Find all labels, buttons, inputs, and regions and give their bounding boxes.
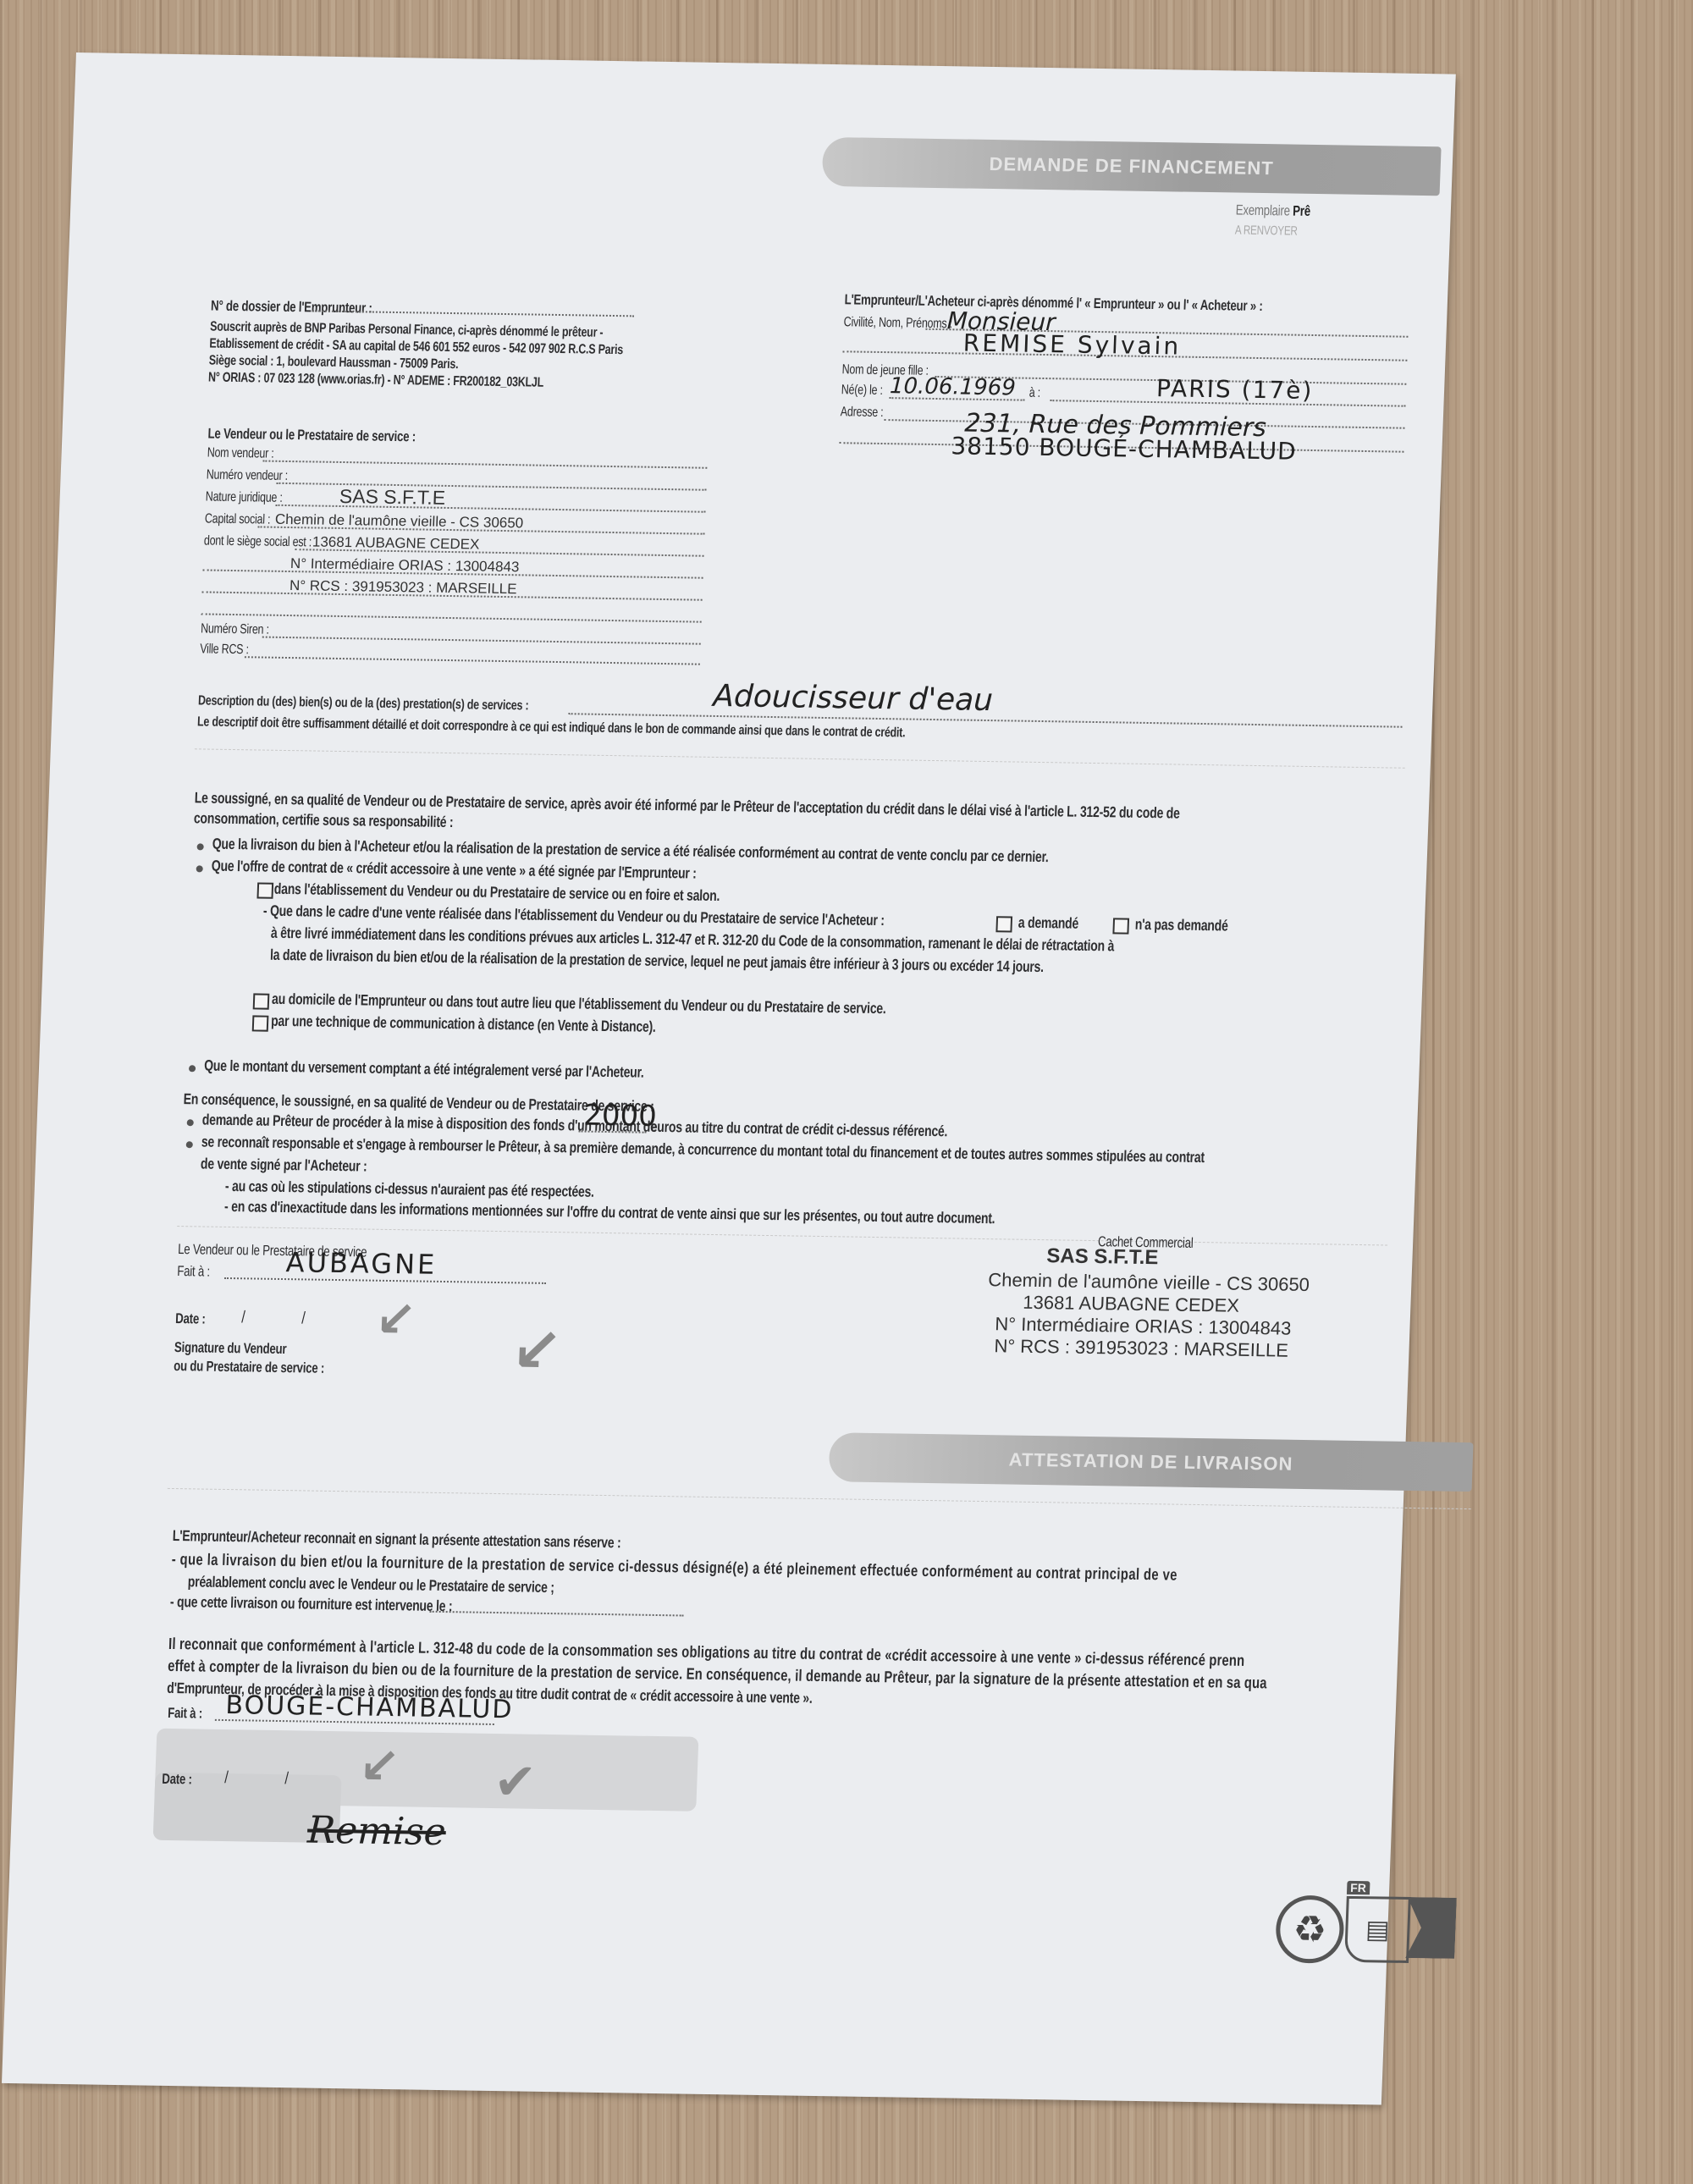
description-value: Adoucisseur d'eau [713, 679, 994, 718]
attestation-fait-value: BOUGÉ-CHAMBALUD [225, 1690, 514, 1724]
demande-post: euros au titre du contrat de crédit ci-d… [650, 1118, 947, 1140]
vendor-signature-label-1: Signature du Vendeur [174, 1339, 287, 1358]
attestation-item-2: - que cette livraison ou fourniture est … [170, 1593, 453, 1615]
livraison-date-field[interactable] [430, 1611, 684, 1617]
vendor-fait-label: Fait à : [177, 1263, 210, 1281]
vendor-heading: Le Vendeur ou le Prestataire de service … [207, 426, 416, 446]
certification-bullet-3: Que le montant du versement comptant a é… [204, 1057, 644, 1082]
borrower-signature: Remise [306, 1809, 446, 1855]
banner-title: ATTESTATION DE LIVRAISON [1008, 1449, 1293, 1475]
arrow-down-left-icon: ↙ [358, 1737, 401, 1795]
capital-value: Chemin de l'aumône vieille - CS 30650 [275, 511, 524, 532]
attestation-intro: L'Emprunteur/Acheteur reconnait en signa… [172, 1527, 620, 1552]
nature-value: SAS S.F.T.E [339, 485, 445, 510]
banner-attestation-livraison: ATTESTATION DE LIVRAISON [829, 1432, 1474, 1492]
address-line-2: 38150 BOUGÉ-CHAMBALUD [951, 432, 1297, 465]
divider [177, 1226, 1387, 1245]
born-label: Né(e) le : [841, 383, 883, 399]
exemplaire-label: Exemplaire Prê [1235, 202, 1310, 220]
option-a-demande: a demandé [1017, 914, 1078, 933]
nature-label: Nature juridique : [205, 489, 282, 505]
vendor-name-field[interactable] [262, 461, 707, 469]
born-date-value: 10.06.1969 [889, 373, 1016, 400]
checkbox-distance[interactable] [252, 1015, 269, 1031]
a-renvoyer-label: A RENVOYER [1235, 223, 1298, 239]
recycling-person-icon: ♻ [1293, 1907, 1327, 1951]
born-at-label: à : [1028, 386, 1040, 401]
address-label: Adresse : [840, 405, 883, 421]
case-line-1: - au cas où les stipulations ci-dessus n… [225, 1177, 595, 1201]
blank-field[interactable] [201, 613, 702, 622]
stamp-line-3: 13681 AUBAGNE CEDEX [1023, 1292, 1239, 1317]
checkbox-a-demande[interactable] [995, 916, 1012, 932]
attestation-date-value[interactable]: / / [224, 1768, 315, 1790]
arrow-down-left-icon: ↙ [510, 1314, 564, 1386]
description-note: Le descriptif doit être suffisamment dét… [197, 714, 906, 741]
banner-title: DEMANDE DE FINANCEMENT [989, 153, 1274, 179]
stamp-line-5: N° RCS : 391953023 : MARSEILLE [994, 1335, 1288, 1361]
divider [168, 1488, 1471, 1509]
checkbox-etablissement[interactable] [256, 882, 273, 898]
info-tri-icon: ▤ [1344, 1896, 1411, 1963]
option-pas-demande: n'a pas demandé [1134, 916, 1228, 935]
born-place-value: PARIS (17è) [1155, 374, 1314, 405]
financing-request-form: DEMANDE DE FINANCEMENT Exemplaire Prê A … [2, 52, 1456, 2105]
certification-intro-2: consommation, certifie sous sa responsab… [194, 809, 454, 831]
vendor-fait-value: AUBAGNE [285, 1246, 438, 1281]
lender-line-4: N° ORIAS : 07 023 128 (www.orias.fr) - N… [208, 371, 544, 391]
bullet [189, 1065, 196, 1072]
banner-demande-financement: DEMANDE DE FINANCEMENT [822, 137, 1442, 196]
trash-bin-icon [1405, 1897, 1457, 1959]
siren-label: Numéro Siren : [201, 621, 269, 637]
certification-bullet-2: Que l'offre de contrat de « crédit acces… [211, 858, 697, 883]
ville-rcs-label: Ville RCS : [200, 642, 249, 658]
vendor-signature-label-2: ou du Prestataire de service : [174, 1358, 325, 1377]
bullet [197, 843, 204, 850]
dossier-label: N° de dossier de l'Emprunteur : [211, 298, 372, 317]
attestation-item-1b: préalablement conclu avec le Vendeur ou … [187, 1573, 554, 1597]
checkmark-icon: ✔ [493, 1752, 538, 1812]
option-etablissement: dans l'établissement du Vendeur ou du Pr… [273, 880, 720, 905]
orias-value: N° Intermédiaire ORIAS : 13004843 [290, 555, 520, 576]
recycling-logo: ♻ [1275, 1895, 1345, 1964]
triman-logo: FR ▤ [1344, 1881, 1457, 1963]
siren-field[interactable] [262, 637, 701, 645]
vendor-date-label: Date : [175, 1310, 206, 1328]
checkbox-pas-demande[interactable] [1112, 918, 1129, 934]
bullet [187, 1119, 194, 1126]
engage-line-2: de vente signé par l'Acheteur : [201, 1155, 367, 1175]
stamp-line-1: SAS S.F.T.E [1046, 1244, 1159, 1270]
bullet [196, 865, 203, 872]
siege-value: 13681 AUBAGNE CEDEX [312, 533, 480, 553]
divider [195, 748, 1405, 768]
ville-rcs-field[interactable] [245, 656, 700, 665]
arrow-down-left-icon: ↙ [374, 1290, 417, 1348]
name-value: REMISE Sylvain [962, 329, 1181, 361]
amount-value: 2000 [583, 1099, 658, 1133]
rcs-value: N° RCS : 391953023 : MARSEILLE [290, 577, 517, 598]
checkbox-domicile[interactable] [253, 993, 270, 1009]
case-line-2: - en cas d'inexactitude dans les informa… [224, 1198, 995, 1227]
lender-line-3: Siège social : 1, boulevard Haussman - 7… [208, 354, 458, 373]
bullet [186, 1141, 193, 1148]
fr-badge: FR [1347, 1881, 1370, 1894]
vendor-date-value[interactable]: / / [241, 1308, 332, 1329]
attestation-date-label: Date : [162, 1771, 192, 1789]
option-distance: par une technique de communication à dis… [271, 1012, 656, 1036]
description-label: Description du (des) bien(s) ou de la (d… [198, 693, 529, 714]
attestation-fait-label: Fait à : [168, 1705, 203, 1723]
